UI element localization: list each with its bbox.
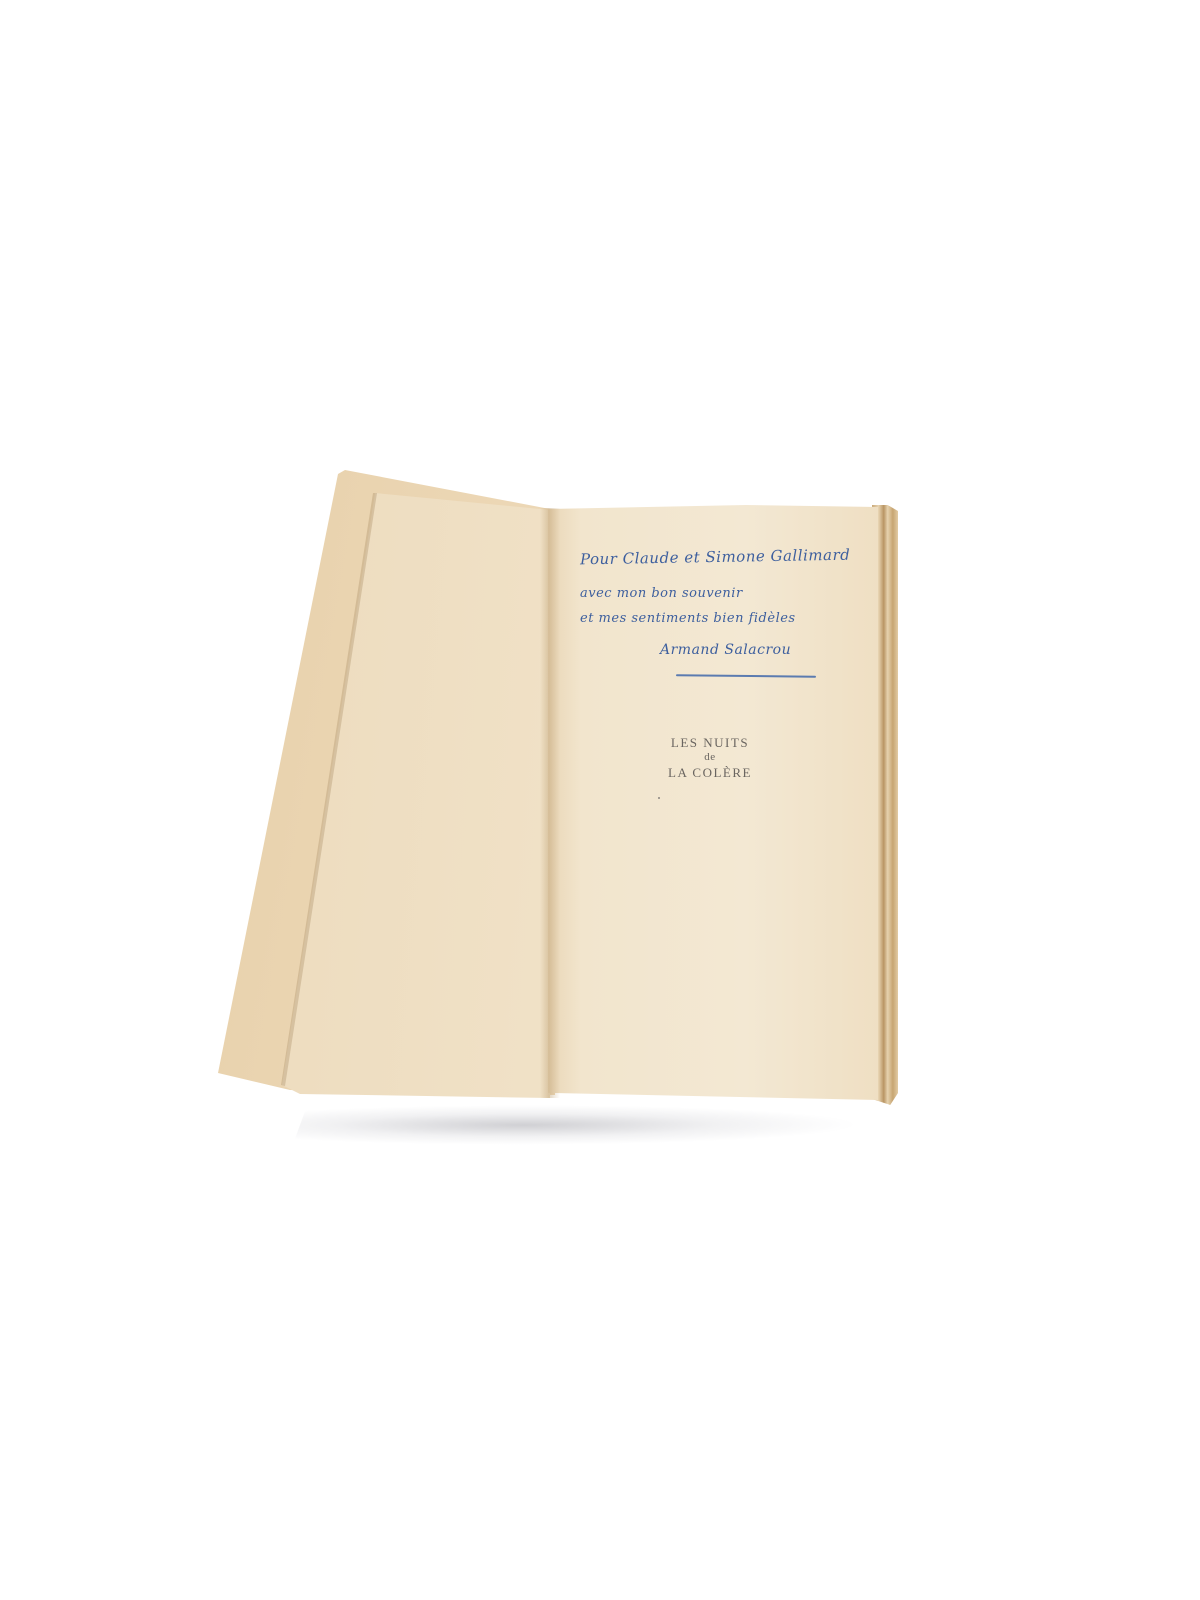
dedication-line-2: avec mon bon souvenir xyxy=(580,586,743,601)
dedication-line-3: et mes sentiments bien fidèles xyxy=(580,611,796,626)
author-signature: Armand Salacrou xyxy=(660,642,791,658)
title-ornament-dot xyxy=(658,797,660,799)
book-gutter xyxy=(540,508,560,1098)
title-line-3: LA COLÈRE xyxy=(610,764,810,781)
title-line-1: LES NUITS xyxy=(610,734,810,751)
book-shadow xyxy=(293,1105,868,1145)
title-line-2: de xyxy=(610,751,810,764)
book-photo: Pour Claude et Simone Gallimard avec mon… xyxy=(0,0,1200,1600)
printed-title: LES NUITS de LA COLÈRE xyxy=(610,734,810,781)
